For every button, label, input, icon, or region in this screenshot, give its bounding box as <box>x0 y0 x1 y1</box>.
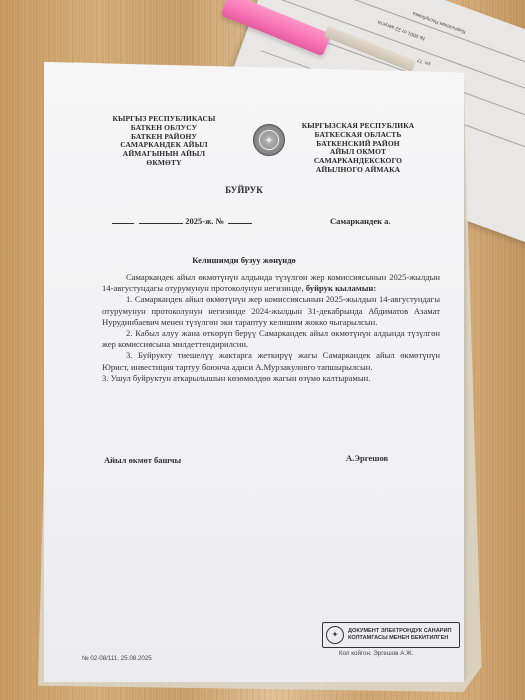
header-left: КЫРГЫЗ РЕСПУБЛИКАСЫ БАТКЕН ОБЛУСУ БАТКЕН… <box>104 115 224 168</box>
day-blank <box>112 218 134 224</box>
month-blank <box>139 218 183 224</box>
document-body: Самаркандек айыл өкмөтүнүн алдында түзүл… <box>102 272 440 384</box>
number-blank <box>228 218 252 224</box>
registration-number: № 02-08/111, 25.08.2025 <box>82 655 152 662</box>
order-document: КЫРГЫЗ РЕСПУБЛИКАСЫ БАТКЕН ОБЛУСУ БАТКЕН… <box>44 60 464 682</box>
place-label: Самаркандек а. <box>330 216 390 226</box>
intro-paragraph: Самаркандек айыл өкмөтүнүн алдында түзүл… <box>102 272 440 294</box>
item-paragraph: 1. Самаркандек айыл өкмөтүнүн жер комисс… <box>102 294 440 328</box>
intro-bold: буйрук кыламын: <box>306 283 376 293</box>
header-right: КЫРГЫЗСКАЯ РЕСПУБЛИКА БАТКЕСКАЯ ОБЛАСТЬ … <box>298 122 418 175</box>
item-paragraph: 2. Кабыл алуу жана өткөрүп берүү Самарка… <box>102 328 440 350</box>
shipping-paper-line: ул. 77 <box>416 56 431 66</box>
stamp-emblem-icon: ✦ <box>326 626 344 644</box>
document-subject: Келишимди бузуу жөнүндө <box>44 255 444 265</box>
state-emblem-icon: ✦ <box>253 124 285 156</box>
header-left-line: ӨКМӨТҮ <box>104 159 224 168</box>
stamp-line: КОЛТАМГАСЫ МЕНЕН БЕКИТИЛГЕН <box>348 635 452 643</box>
signer-role: Айыл өкмөт башчы <box>104 455 181 465</box>
stamp-line: ДОКУМЕНТ ЭЛЕКТРОНДУК САНАРИП <box>348 628 452 636</box>
digital-signature-stamp: ✦ ДОКУМЕНТ ЭЛЕКТРОНДУК САНАРИП КОЛТАМГАС… <box>322 622 460 648</box>
signed-by: Кол койгон: Эргешов А.Ж. <box>339 650 413 657</box>
year-number-label: 2025-ж. № <box>185 216 224 226</box>
date-number-line: 2025-ж. № <box>112 216 252 226</box>
item-paragraph: 3. Буйрукту тиешелүү жактарга жеткирүү ж… <box>102 350 440 372</box>
header-right-line: АЙЫЛНОГО АЙМАКА <box>298 166 418 175</box>
document-title: БУЙРУК <box>44 185 444 195</box>
signer-name: А.Эргешов <box>346 453 388 463</box>
final-item-paragraph: 3. Ушул буйруктун аткарылышын көзөмөлдөө… <box>102 373 440 384</box>
intro-text: Самаркандек айыл өкмөтүнүн алдында түзүл… <box>102 272 440 293</box>
